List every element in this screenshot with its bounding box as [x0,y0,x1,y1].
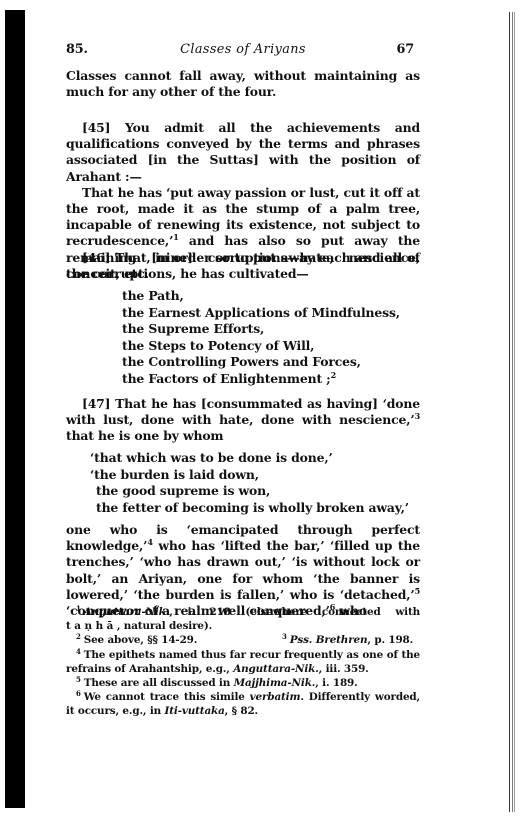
footnote-3: 3Pss. Brethren, p. 198. [282,633,413,647]
footnote-row-2-3: 2See above, §§ 14-29. 3Pss. Brethren, p.… [66,633,420,647]
running-title: Classes of Ariyans [66,42,420,58]
page-number: 67 [396,42,414,58]
cultivated-list: the Path, the Earnest Applications of Mi… [122,288,400,388]
verse-line: ‘that which was to be done is done,’ [90,450,409,467]
scan-binding-shadow [5,10,25,808]
list-item: the Path, [122,288,400,305]
footnote-5: 5These are all discussed in Majjhima-Nik… [66,676,420,690]
paragraph-47: [47] That he has [consummated as having]… [66,396,420,445]
running-head: 85. Classes of Ariyans 67 [66,42,420,60]
list-item: the Earnest Applications of Mindfulness, [122,305,400,322]
list-item: the Steps to Potency of Will, [122,338,400,355]
footnote-ref-5[interactable]: 5 [415,586,420,596]
list-item: the Factors of Enlightenment ;2 [122,371,400,388]
footnote-4: 4The epithets named thus far recur frequ… [66,648,420,676]
paragraph-marker: [45] [82,120,110,135]
footnote-1: 1Anguttara-Nik., i. 218 (elsewhere conne… [66,605,420,633]
paragraph-marker: [46] [82,250,110,265]
paragraph-marker: [47] [82,396,110,411]
list-item: the Supreme Efforts, [122,321,400,338]
footnote-6: 6We cannot trace this simile verbatim. D… [66,690,420,718]
opening-paragraph: Classes cannot fall away, without mainta… [66,68,420,100]
paragraph-46: [46] That, in order so to put away each … [66,250,420,282]
scan-page-edge [509,12,515,812]
footnote-ref-2[interactable]: 2 [331,370,336,380]
list-item: the Controlling Powers and Forces, [122,354,400,371]
verse-quote: ‘that which was to be done is done,’ ‘th… [90,450,409,516]
verse-line: the fetter of becoming is wholly broken … [90,500,409,517]
verse-line: ‘the burden is laid down, [90,467,409,484]
verse-line: the good supreme is won, [90,483,409,500]
footnote-ref-3[interactable]: 3 [415,411,420,421]
footnotes: 1Anguttara-Nik., i. 218 (elsewhere conne… [66,605,420,719]
footnote-2: 2See above, §§ 14-29. [76,633,197,647]
